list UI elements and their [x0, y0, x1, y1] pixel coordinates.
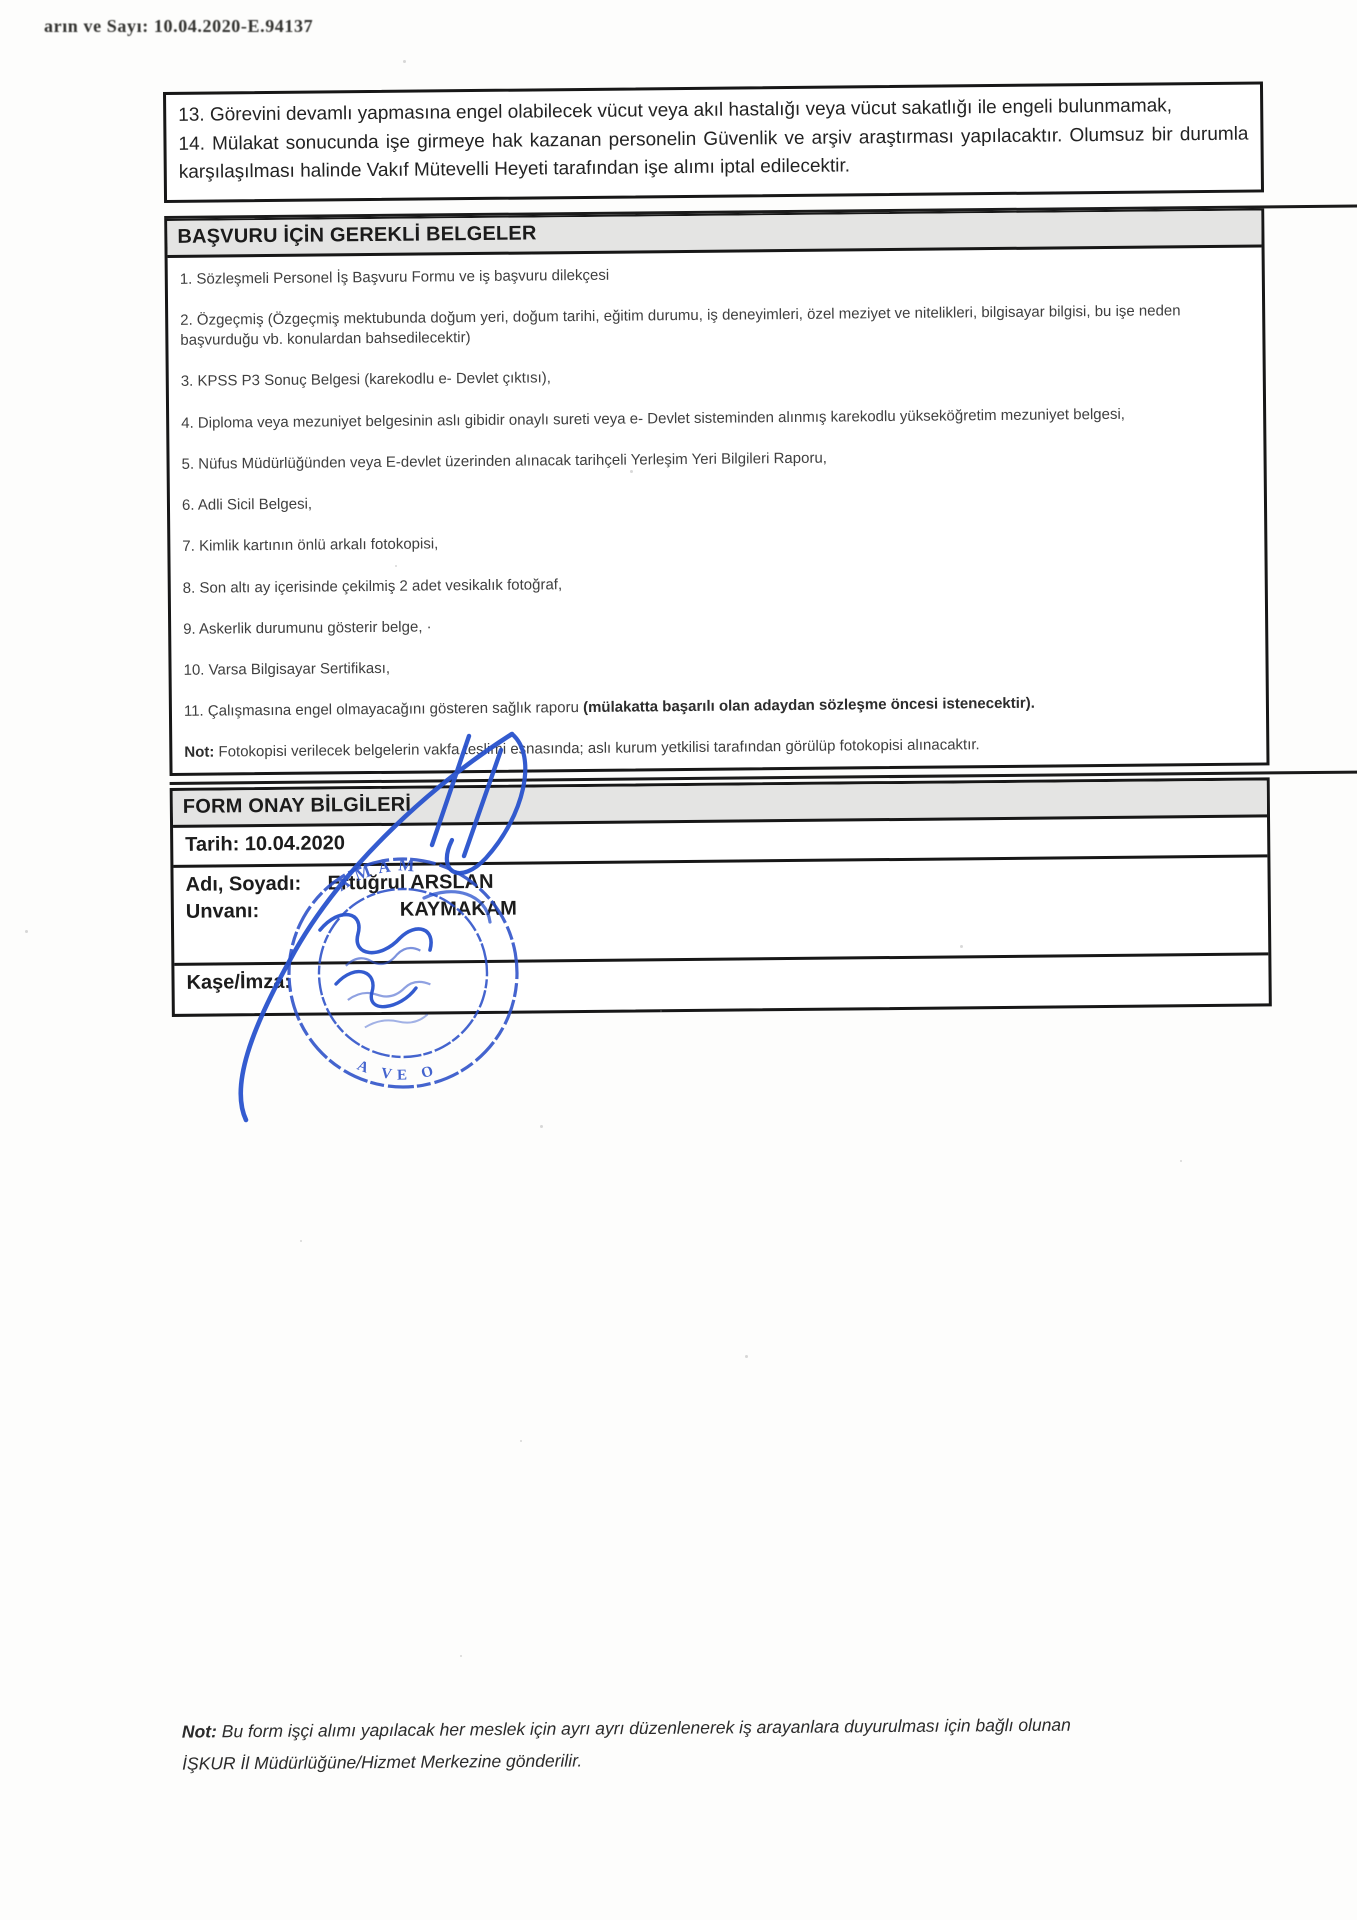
- doc-item-text: 4. Diploma veya mezuniyet belgesinin asl…: [181, 405, 1125, 431]
- doc-list-item-10: 10. Varsa Bilgisayar Sertifikası,: [183, 651, 1253, 682]
- scan-speck: [745, 1355, 748, 1358]
- approval-stamp-row: Kaşe/İmza:: [174, 955, 1268, 1013]
- scan-speck: [540, 1125, 543, 1128]
- scan-speck: [660, 1010, 662, 1012]
- doc-item-text: 10. Varsa Bilgisayar Sertifikası,: [183, 660, 390, 679]
- title-value: KAYMAKAM: [328, 897, 517, 922]
- scan-speck: [403, 60, 406, 63]
- doc-list-item-8: 8. Son altı ay içerisinde çekilmiş 2 ade…: [183, 568, 1253, 599]
- footer-note-text: Bu form işçi alımı yapılacak her meslek …: [182, 1715, 1071, 1774]
- footer-note: Not: Bu form işçi alımı yapılacak her me…: [182, 1708, 1100, 1780]
- doc-item-text: 6. Adli Sicil Belgesi,: [182, 496, 312, 514]
- scan-speck: [25, 930, 28, 933]
- doc-list-item-5: 5. Nüfus Müdürlüğünden veya E-devlet üze…: [181, 444, 1251, 475]
- stamp-arc-bottom-text: A VE O: [352, 1045, 441, 1094]
- doc-item-text: 9. Askerlik durumunu gösterir belge, ·: [183, 618, 432, 637]
- doc-item-text: 5. Nüfus Müdürlüğünden veya E-devlet üze…: [181, 449, 827, 472]
- approval-date-text: Tarih: 10.04.2020: [185, 832, 345, 856]
- doc-item-text: 8. Son altı ay içerisinde çekilmiş 2 ade…: [183, 576, 562, 597]
- scan-speck: [520, 1440, 522, 1442]
- scan-speck: [1180, 1160, 1182, 1162]
- approval-name-row: Adı, Soyadı: Ertuğrul ARSLAN Unvanı: KAY…: [173, 857, 1268, 965]
- conditions-box: 13. Görevini devamlı yapmasına engel ola…: [163, 81, 1264, 202]
- form-document: 13. Görevini devamlı yapmasına engel ola…: [163, 81, 1272, 1016]
- approval-section: FORM ONAY BİLGİLERİ Tarih: 10.04.2020 Ad…: [170, 777, 1272, 1017]
- letterhead-text: arın ve Sayı: 10.04.2020-E.94137: [44, 16, 313, 37]
- svg-text:A VE O: A VE O: [352, 1045, 441, 1094]
- scan-speck: [630, 470, 633, 473]
- doc-list-item-1: 1. Sözleşmeli Personel İş Başvuru Formu …: [180, 259, 1250, 290]
- docs-note-text: Fotokopisi verilecek belgelerin vakfa te…: [214, 736, 980, 760]
- footer-note-label: Not:: [182, 1721, 217, 1741]
- doc-list-item-11: 11. Çalışmasına engel olmayacağını göste…: [184, 692, 1254, 723]
- scan-speck: [300, 1240, 302, 1242]
- doc-item-text: 3. KPSS P3 Sonuç Belgesi (karekodlu e- D…: [181, 370, 551, 391]
- condition-item-14: 14. Mülakat sonucunda işe girmeye hak ka…: [178, 120, 1248, 187]
- doc-item-text: 1. Sözleşmeli Personel İş Başvuru Formu …: [180, 266, 609, 287]
- title-label: Unvanı:: [186, 899, 328, 923]
- doc-list-item-4: 4. Diploma veya mezuniyet belgesinin asl…: [181, 403, 1251, 434]
- doc-item-text: 11. Çalışmasına engel olmayacağını göste…: [184, 699, 583, 720]
- doc-list-item-7: 7. Kimlik kartının önlü arkalı fotokopis…: [182, 527, 1252, 558]
- doc-item-bold-text: (mülakatta başarılı olan adaydan sözleşm…: [583, 695, 1035, 716]
- scan-speck: [395, 565, 397, 567]
- doc-list-item-3: 3. KPSS P3 Sonuç Belgesi (karekodlu e- D…: [181, 362, 1251, 393]
- doc-list-item-6: 6. Adli Sicil Belgesi,: [182, 486, 1252, 517]
- scan-speck: [460, 1655, 462, 1657]
- name-value: Ertuğrul ARSLAN: [327, 870, 493, 895]
- stamp-label: Kaşe/İmza:: [186, 970, 291, 993]
- scan-speck: [960, 945, 963, 948]
- doc-list-item-2: 2. Özgeçmiş (Özgeçmiş mektubunda doğum y…: [180, 300, 1250, 351]
- doc-list-item-9: 9. Askerlik durumunu gösterir belge, ·: [183, 609, 1253, 640]
- docs-note-label: Not:: [184, 743, 214, 760]
- doc-item-text: 2. Özgeçmiş (Özgeçmiş mektubunda doğum y…: [180, 302, 1181, 349]
- doc-item-text: 7. Kimlik kartının önlü arkalı fotokopis…: [182, 536, 438, 555]
- name-label: Adı, Soyadı:: [186, 872, 328, 896]
- docs-note: Not: Fotokopisi verilecek belgelerin vak…: [184, 733, 1254, 760]
- required-docs-list: 1. Sözleşmeli Personel İş Başvuru Formu …: [168, 247, 1267, 772]
- approval-title-line: Unvanı: KAYMAKAM: [186, 890, 1256, 923]
- required-docs-section: BAŞVURU İÇİN GEREKLİ BELGELER 1. Sözleşm…: [164, 208, 1269, 776]
